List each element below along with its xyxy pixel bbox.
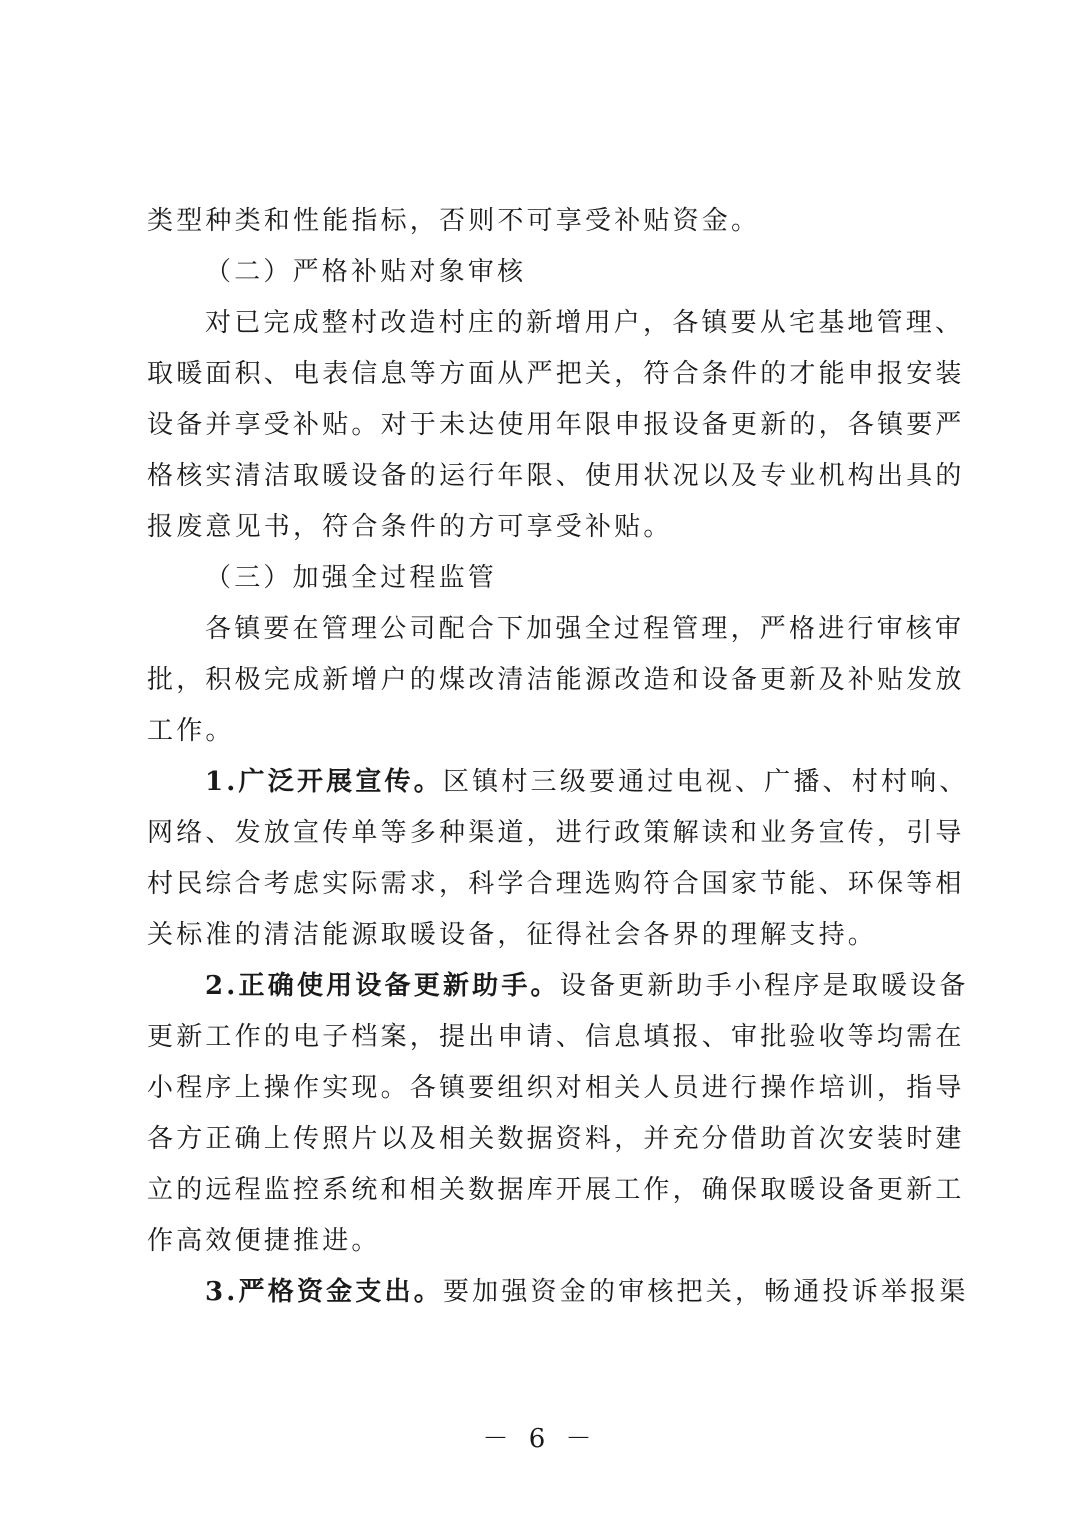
numbered-item-line: 3.严格资金支出。要加强资金的审核把关，畅通投诉举报渠 — [205, 1275, 1005, 1309]
item-text: 设备更新助手小程序是取暖设备 — [560, 971, 969, 1001]
text-line: 格核实清洁取暖设备的运行年限、使用状况以及专业机构出具的 — [147, 459, 947, 493]
numbered-item-line: 2.正确使用设备更新助手。设备更新助手小程序是取暖设备 — [205, 969, 1005, 1003]
section-heading: （三）加强全过程监管 — [205, 561, 1005, 595]
item-title: 3.严格资金支出。 — [205, 1277, 443, 1307]
text-line: 立的远程监控系统和相关数据库开展工作，确保取暖设备更新工 — [147, 1173, 947, 1207]
text-line: 各方正确上传照片以及相关数据资料，并充分借助首次安装时建 — [147, 1122, 947, 1156]
item-text: 要加强资金的审核把关，畅通投诉举报渠 — [443, 1277, 969, 1307]
text-line: 对已完成整村改造村庄的新增用户，各镇要从宅基地管理、 — [205, 306, 1005, 340]
text-line: 村民综合考虑实际需求，科学合理选购符合国家节能、环保等相 — [147, 867, 947, 901]
text-line: 关标准的清洁能源取暖设备，征得社会各界的理解支持。 — [147, 918, 947, 952]
text-line: 取暖面积、电表信息等方面从严把关，符合条件的才能申报安装 — [147, 357, 947, 391]
text-line: 设备并享受补贴。对于未达使用年限申报设备更新的，各镇要严 — [147, 408, 947, 442]
text-line: 报废意见书，符合条件的方可享受补贴。 — [147, 510, 947, 544]
item-title: 2.正确使用设备更新助手。 — [205, 971, 560, 1001]
item-title: 1.广泛开展宣传。 — [205, 767, 443, 797]
section-heading: （二）严格补贴对象审核 — [205, 255, 1005, 289]
text-line: 各镇要在管理公司配合下加强全过程管理，严格进行审核审 — [205, 612, 1005, 646]
text-line: 工作。 — [147, 714, 947, 748]
item-text: 区镇村三级要通过电视、广播、村村响、 — [443, 767, 969, 797]
page-number: － 6 － — [0, 1418, 1080, 1455]
text-line: 类型种类和性能指标，否则不可享受补贴资金。 — [147, 204, 947, 238]
text-line: 网络、发放宣传单等多种渠道，进行政策解读和业务宣传，引导 — [147, 816, 947, 850]
text-line: 更新工作的电子档案，提出申请、信息填报、审批验收等均需在 — [147, 1020, 947, 1054]
text-line: 批，积极完成新增户的煤改清洁能源改造和设备更新及补贴发放 — [147, 663, 947, 697]
numbered-item-line: 1.广泛开展宣传。区镇村三级要通过电视、广播、村村响、 — [205, 765, 1005, 799]
document-page: 类型种类和性能指标，否则不可享受补贴资金。 （二）严格补贴对象审核 对已完成整村… — [0, 0, 1080, 1527]
text-line: 作高效便捷推进。 — [147, 1224, 947, 1258]
text-line: 小程序上操作实现。各镇要组织对相关人员进行操作培训，指导 — [147, 1071, 947, 1105]
